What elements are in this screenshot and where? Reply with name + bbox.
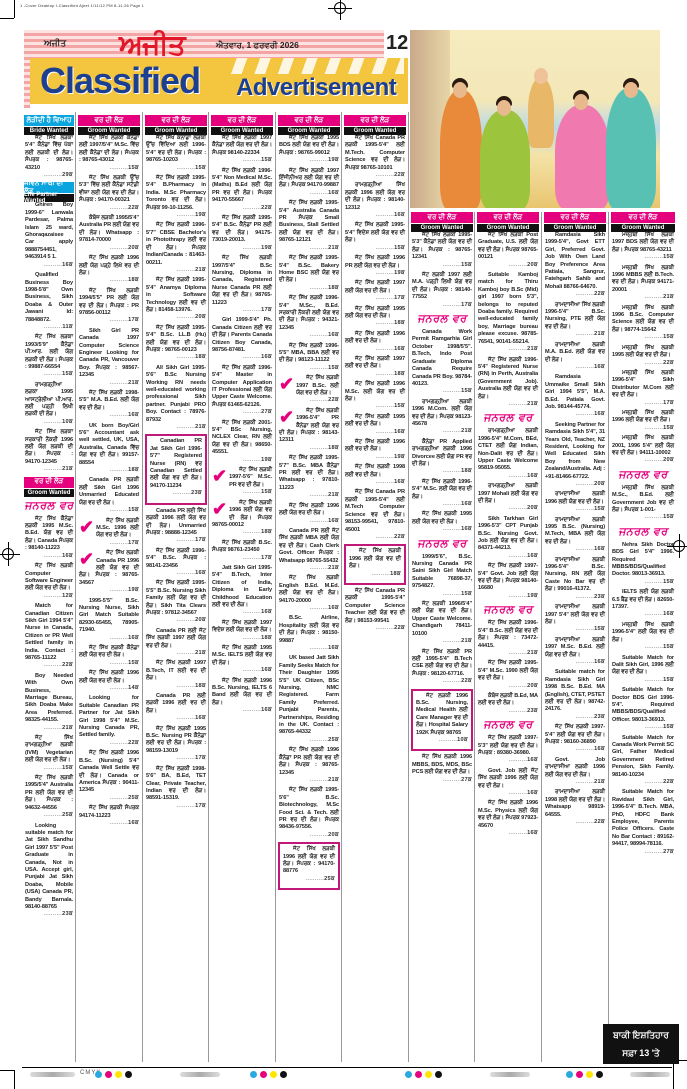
page-number: 12 bbox=[386, 32, 408, 55]
classified-ad: ਜੱਟ ਸਿੱਖ ਕੈਨੇਡਾ ਲੜਕੀ 1995 M.Sc. B.Ed. ਯੋ… bbox=[24, 516, 74, 560]
classified-ad: ਜੱਟ ਸਿੱਖ ਲੜਕੀ 1997 ਇੰਜੀਨੀਅਰ ਲਈ ਯੋਗ ਵਰ ਦੀ… bbox=[278, 168, 340, 198]
classified-ad: ਜੱਟ ਸਿੱਖ ਲੜਕੀ 1997 ਲਈ ਵਰ ਦੀ ਲੋੜ।........… bbox=[344, 356, 406, 378]
classified-ad: ਜੱਟ ਸਿੱਖ ਲੜਕੀ 1996 PR ਲਈ ਯੋਗ ਵਰ ਦੀ ਲੋੜ।.… bbox=[344, 255, 406, 277]
classified-ad: ਰਾਮਦਾਸੀਆ ਲੜਕੀ 1996 ਲਈ ਯੋਗ ਵਰ ਦੀ ਲੋੜ।....… bbox=[544, 491, 606, 513]
classified-ad: ਜੱਟ ਸਿੱਖ ਲੜਕੀ 1995 BDS ਲਈ ਯੋਗ ਵਰ ਦੀ ਲੋੜ।… bbox=[278, 135, 340, 165]
classified-ad: All Sikh Girl 1995-5'6" B.Sc Nursing Wor… bbox=[145, 365, 207, 432]
classified-ad: ਜੱਟ ਸਿੱਖ ਲੜਕੀ 1996-5'4" B.Sc. ਸੰਪਰਕ : 98… bbox=[145, 548, 207, 578]
classified-ad: ✔ਜੱਟ ਸਿੱਖ ਲੜਕੀ 1996 ਲਈ ਯੋਗ ਵਰ ਦੀ ਲੋੜ। ਸੰ… bbox=[211, 500, 273, 537]
section-subheader-groom-wanted: Groom Wanted bbox=[145, 127, 207, 135]
classified-ad: ਮਜ਼੍ਹਬੀ ਸਿੱਖ ਲੜਕੀ 1996-5'4" Sikh Distrib… bbox=[611, 370, 675, 407]
classified-ad: ਜੱਟ ਸਿੱਖ ਲੜਕੀ 1995-5'4" Anamya Diploma i… bbox=[145, 277, 207, 321]
classified-ad: ਜੱਟ ਸਿੱਖ ਲੜਕੀ 1995-5'3" ਕੈਨੇਡਾ ਲਈ ਯੋਗ ਵਰ… bbox=[411, 232, 473, 269]
classified-ad: ਜੱਟ ਸਿੱਖ Canada PR ਲੜਕੀ 1995-5'4" ਲਈ M.T… bbox=[344, 135, 406, 179]
classified-ad: ਜੱਟ ਸਿੱਖ ਲੜਕੀ 1996-5'4" M.Sc. ਲਈ ਯੋਗ ਵਰ … bbox=[411, 479, 473, 509]
section-subheader-groom-wanted: Groom Wanted bbox=[24, 489, 74, 497]
cyan-swatch bbox=[95, 1071, 102, 1078]
classified-ad: ਜੱਟ ਸਿੱਖ ਲੜਕੀ 1995 ਲਈ ਯੋਗ ਵਰ ਦੀ ਲੋੜ।....… bbox=[344, 306, 406, 328]
classified-ad-boxed: ਜੱਟ ਸਿੱਖ ਲੜਕੀ 1996 ਲਈ ਯੋਗ ਵਰ ਦੀ ਲੋੜ।....… bbox=[344, 544, 406, 585]
section-title-classified: Classified bbox=[40, 60, 200, 102]
title-band-stripes bbox=[224, 58, 404, 74]
section-header-groom-wanted: ਵਰ ਦੀ ਲੋੜ bbox=[78, 115, 140, 126]
classified-ad: ਰਾਮਗੜ੍ਹੀਆ ਲੜਕਾ 1995 ਆਸਟ੍ਰੇਲੀਆ ਪੀ.ਆਰ. ਲਈ … bbox=[24, 382, 74, 426]
classified-ad: Canada PR ਲਈ ਜੱਟ ਸਿੱਖ ਲੜਕੀ MBA ਲਈ ਯੋਗ ਵਰ… bbox=[278, 528, 340, 572]
checkmark-icon: ✔ bbox=[279, 376, 294, 392]
classified-ad: ਜੱਟ ਸਿੱਖ ਲੜਕਾ 1993/5'9" ਕੈਨੇਡਾ ਪੀ.ਆਰ. ਲਈ… bbox=[24, 334, 74, 378]
classified-ad: B.Sc. Airline, Hospitality ਲਈ ਯੋਗ ਵਰ ਦੀ … bbox=[278, 615, 340, 652]
classified-ad: ਜੱਟ ਸਿੱਖ ਲੜਕੀ 1997 B.Tech, IT ਲਈ ਵਰ ਦੀ ਲ… bbox=[145, 660, 207, 690]
classified-ad: Canada Work Permit Ramgarhia Girl Octobe… bbox=[411, 329, 473, 396]
classified-ad: Suitable Match for Doctor BDS Girl 1996-… bbox=[611, 687, 675, 731]
classified-ad: ਜੱਟ ਸਿੱਖ ਲੜਕੀ 1995-5'5" B.Sc. Nursing Si… bbox=[145, 580, 207, 624]
section-subheader-groom-wanted: Groom Wanted bbox=[278, 127, 340, 135]
paper-name-small: ਅਜੀਤ bbox=[44, 38, 66, 49]
classified-ad: ਮਜ਼੍ਹਬੀ ਸਿੱਖ ਲੜਕੀ M.Sc., B.Ed. ਲਈ Govern… bbox=[611, 485, 675, 522]
yellow-swatch bbox=[270, 1071, 277, 1078]
continued-notice: ਬਾਕੀ ਇਸ਼ਤਿਹਾਰ ਸਫ਼ਾ 13 'ਤੇ bbox=[603, 1024, 679, 1064]
crop-mark bbox=[673, 1060, 674, 1089]
registration-mark-icon bbox=[2, 548, 14, 560]
section-subheader-groom-wanted: Groom Wanted bbox=[544, 224, 606, 232]
masthead-side-stripes bbox=[24, 56, 30, 108]
classified-ad: ਰਾਮਗੜ੍ਹੀਆ ਲੜਕੀ 1997 Mohali ਲਈ ਯੋਗ ਵਰ ਦੀ … bbox=[477, 483, 539, 513]
classified-ad: ਜੱਟ ਸਿੱਖ ਲੜਕੀ 1995-5'4" Australia Canada… bbox=[278, 200, 340, 252]
section-subheader-groom-wanted: Groom Wanted bbox=[211, 127, 273, 135]
classified-ad: Suitable Match for Dalit Sikh Girl, 1996… bbox=[611, 655, 675, 685]
masthead-stripes bbox=[24, 30, 384, 60]
classified-ad: 1999/5'6", B.Sc. Nursing Canada PR Saini… bbox=[411, 554, 473, 598]
classified-ad: ਜੱਟ ਸਿੱਖ Canada PR ਲੜਕੀ 1995-5'4" Comput… bbox=[344, 588, 406, 632]
classified-ad: IELTS ਲਈ ਯੋਗ ਲੜਕੀ 6.5 ਬੈਂਡ ਵਰ ਦੀ ਲੋੜ। 82… bbox=[611, 589, 675, 619]
classified-ad: UK based Jatt Sikh Family Seeks Match fo… bbox=[278, 655, 340, 744]
classified-ad: Sikh Tarkhan Girl 1996-5'3" CPT Punjab B… bbox=[477, 516, 539, 560]
classified-ad: ਰਾਮਦਾਸੀਆ ਲੜਕੀ 1995 B.Sc. (Nursing) M.Tec… bbox=[544, 517, 606, 554]
checkmark-icon: ✔ bbox=[279, 409, 294, 425]
classified-ad: Seeking Partner for Ramdasia Sikh 5'4", … bbox=[544, 422, 606, 489]
classified-ad: ਜੱਟ ਸਿੱਖ ਲੜਕੀ 1998-5'6" BA, B.Ed, TET Cl… bbox=[145, 766, 207, 810]
black-swatch bbox=[596, 1071, 603, 1078]
classified-ad: ਜੱਟ ਸਿੱਖ ਲੜਕੀ 1995 ਲਈ ਵਰ ਦੀ ਲੋੜ।........… bbox=[344, 414, 406, 436]
classified-ad: Suitable Kamboj match for Thiru Kamboj b… bbox=[477, 272, 539, 353]
checkmark-icon: ✔ bbox=[79, 519, 94, 535]
black-swatch bbox=[125, 1071, 132, 1078]
classified-ad: ਕੈਨੇਡਾ PR Applied ਰਾਮਗੜ੍ਹੀਆ ਲੜਕੀ 1996 Di… bbox=[411, 439, 473, 476]
classified-ad: Govt. Job ਲਈ ਜੱਟ ਸਿੱਖ ਲੜਕੀ 1996 ਲਈ ਯੋਗ ਵ… bbox=[477, 768, 539, 798]
classified-ad: ✔ਜੱਟ ਸਿੱਖ ਲੜਕੀ 1997-5'6" M.Sc. PR ਵਰ ਦੀ … bbox=[211, 467, 273, 497]
classified-ad: Nehra Sikh Doctor BDS Girl 5'4" 1996. Re… bbox=[611, 542, 675, 586]
registration-mark-icon bbox=[334, 2, 346, 14]
ad-column-8: ਵਰ ਦੀ ਲੋੜ Groom Wanted ਜੱਟ ਸਿੱਖ ਲੜਕੀ Pos… bbox=[477, 212, 539, 1065]
classified-ad: ਜੱਟ ਸਿੱਖ ਲੜਕੀ 2001-5'4" BSc Nursing, NCL… bbox=[211, 420, 273, 464]
classified-ad: ਜੱਟ ਸਿੱਖ ਲੜਕੀ 1995-5'4" B.Pharmacy in In… bbox=[145, 175, 207, 219]
footer-rule bbox=[22, 1067, 672, 1068]
masthead: ਅਜੀਤ ਅਜੀਤ ਐਤਵਾਰ, 1 ਫਰਵਰੀ 2026 12 Classif… bbox=[24, 30, 408, 110]
classified-ad-boxed: ਜੱਟ ਸਿੱਖ ਲੜਕੀ 1996 ਲਈ ਯੋਗ ਵਰ ਦੀ ਲੋੜ। ਸੰਪ… bbox=[278, 842, 340, 890]
classified-ad: ਜੱਟ ਸਿੱਖ ਲੜਕੀ 1997-5'4" Govt. Job ਲਈ ਯੋਗ… bbox=[477, 563, 539, 600]
classified-ad: ਮਜ਼੍ਹਬੀ ਸਿੱਖ ਲੜਕੀ 2001, 1996 5'4" ਲਈ ਯੋਗ… bbox=[611, 435, 675, 465]
classified-ad: ਮਜ਼੍ਹਬੀ ਸਿੱਖ ਲੜਕੀ 1996 MBBS ਲਈ B.Tech. ਵ… bbox=[611, 265, 675, 302]
classified-ad: ਜੱਟ ਸਿੱਖ ਲੜਕੀ 1997 ਵਿਦੇਸ਼ ਲਈ ਯੋਗ ਵਰ ਦੀ ਲ… bbox=[211, 620, 273, 642]
section-header-groom-wanted: ਵਰ ਦੀ ਲੋੜ bbox=[477, 212, 539, 223]
section-header-groom-wanted: ਵਰ ਦੀ ਲੋੜ bbox=[411, 212, 473, 223]
classified-ad: ਜੱਟ ਸਿੱਖ ਲੜਕੀ 1996 ਲਈ ਵਰ ਦੀ ਲੋੜ।........… bbox=[344, 439, 406, 461]
classified-ad: Looking suitable match for Jat Sikh Sand… bbox=[24, 823, 74, 919]
classified-ad: ਜੱਟ ਸਿੱਖ ਲੜਕੀ 1995-5'4" B.Sc. Bakery Hom… bbox=[278, 255, 340, 292]
black-swatch bbox=[280, 1071, 287, 1078]
classified-ad-boxed: ਜੱਟ ਲੜਕੀ 1996 B.Sc. Nursing, Medical Hea… bbox=[411, 689, 473, 752]
classified-ad: ਜੱਟ ਸਿੱਖ ਲੜਕੀ 1997 ਕੈਨੇਡਾ ਲਈ ਯੋਗ ਵਰ ਦੀ ਲ… bbox=[211, 135, 273, 165]
classified-ad: ਜੱਟ ਸਿੱਖ ਲੜਕੀ B.Sc. ਸੰਪਰਕ 98761-23450...… bbox=[211, 540, 273, 562]
classified-ad: ਰਾਮਦਾਸੀਆ ਲੜਕੀ M.A. B.Ed. ਲਈ ਯੋਗ ਵਰ ਦੀ ਲੋ… bbox=[544, 342, 606, 372]
classified-ad: ✔ਜੱਟ ਸਿੱਖ ਲੜਕੀ M.Sc. 1996 ਲਈ ਯੋਗ ਵਰ ਦੀ ਲ… bbox=[78, 518, 140, 548]
classified-ad: Girl 1999-5'4" Ph. Canada Citizen ਲਈ ਵਰ … bbox=[211, 317, 273, 361]
classified-ad: ਮਜ਼੍ਹਬੀ ਸਿੱਖ ਲੜਕੀ 1996 ਲਈ ਯੋਗ ਵਰ ਦੀ ਲੋੜ।… bbox=[611, 410, 675, 432]
classified-ad: ਕੰਬੋਜ ਲੜਕੀ 1995/5'4" Australia PR ਲਈ ਯੋਗ… bbox=[78, 215, 140, 252]
ad-column-2: ਵਰ ਦੀ ਲੋੜ Groom Wanted ਜੱਟ ਸਿੱਖ ਲੜਕੀ ਕੈਨ… bbox=[78, 115, 140, 1065]
classified-ad: Ramdasia Sikh 1999-5'4", Govt ETT Girl, … bbox=[544, 232, 606, 299]
classified-ad: ਰਾਮਗੜ੍ਹੀਆ ਸਿੱਖ ਲੜਕੀ 1996 ਲਈ ਯੋਗ ਵਰ ਦੀ ਲੋ… bbox=[344, 182, 406, 219]
classified-ad: Qualified Business Boy 1998-5'8" Own Bus… bbox=[24, 272, 74, 331]
section-subheader-groom-wanted: Groom Wanted bbox=[611, 224, 675, 232]
print-slug: 1 -Cover Deaktop I-Classified Ajeet 1/11… bbox=[20, 3, 144, 8]
classified-ad: Canada PR ਲਈ ਲੜਕੀ 1996 ਲਈ ਵਰ ਦੀ ਲੋੜ।....… bbox=[145, 693, 207, 723]
classified-ad: Suitable Match for Canada Work Permit SC… bbox=[611, 735, 675, 787]
ad-column-5: ਵਰ ਦੀ ਲੋੜ Groom Wanted ਜੱਟ ਸਿੱਖ ਲੜਕੀ 199… bbox=[278, 115, 340, 1065]
category-banner: ਜਨਰਲ ਵਰ bbox=[611, 525, 675, 539]
classified-ad: Boy Needed With Own Business, Marriage B… bbox=[24, 673, 74, 732]
classified-ad: Suitable Match for Ravidasi Sikh Girl, 1… bbox=[611, 789, 675, 856]
classified-ad: ਜੱਟ ਸਿੱਖ ਲੜਕੀ 1996 M.Sc. Physics ਲਈ ਯੋਗ … bbox=[477, 800, 539, 837]
classified-ad: ਜੱਟ ਸਿੱਖ ਲੜਕੀ 1996-5'4" Non Medical M.Sc… bbox=[211, 168, 273, 212]
classified-ad: ਜੱਟ ਸਿੱਖ ਲੜਕੀ 1996 ਲਈ ਵਰ ਦੀ ਲੋੜ।........… bbox=[344, 331, 406, 353]
classified-ad: Govt. Job ਰਾਮਦਾਸੀਆ ਲੜਕੀ 1996 ਲਈ ਯੋਗ ਵਰ ਦ… bbox=[544, 757, 606, 787]
section-title-advertisement: Advertisement bbox=[236, 74, 396, 102]
cyan-swatch bbox=[250, 1071, 257, 1078]
category-banner: ਜਨਰਲ ਵਰ bbox=[411, 312, 473, 326]
classified-ad: ਜੱਟ ਸਿੱਖ ਲੜਕੀ 1998 ਲਈ ਵਰ ਦੀ ਲੋੜ।........… bbox=[344, 464, 406, 486]
crop-mark bbox=[14, 0, 15, 18]
classified-ad: ਜੱਟ ਸਿੱਖ ਲੜਕੀ ਸੰਪਰਕ 94174-11223.........… bbox=[78, 805, 140, 827]
classified-ad: Looking for Suitable Canadian PR Partner… bbox=[78, 695, 140, 747]
classified-ad: Canada PR ਲੜਕੀ ਲਈ Sikh Girl 1996 Unmarri… bbox=[78, 477, 140, 514]
section-header-bride-wanted: ਲੋੜੀਂਦੀ ਹੈ ਵਿਆਹ bbox=[24, 115, 74, 126]
classified-ad: ਜੱਟ ਸਿੱਖ ਲੜਕੀ 1997-5'4" ਲਈ ਯੋਗ ਵਰ ਦੀ ਲੋੜ… bbox=[544, 724, 606, 754]
classified-ad: ਜੱਟ ਸਿੱਖ ਲੜਕੀ 1995-5'6" B.Sc. Biotechnol… bbox=[278, 787, 340, 839]
classified-ad: ਜੱਟ ਸਿੱਖ ਲੜਕੀ Computer Software Engineer… bbox=[24, 563, 74, 600]
classified-ad: ਜੱਟ ਸਿੱਖ ਲੜਕੀ 1995-5'4" B.Sc. ਕੈਨੇਡਾ PR … bbox=[211, 215, 273, 252]
section-header-groom-wanted: ਵਰ ਦੀ ਲੋੜ bbox=[611, 212, 675, 223]
classified-ad: ਜੱਟ ਸਿੱਖ ਲੜਕੀ 1996-5'7" CBSE Bachelor's … bbox=[145, 222, 207, 274]
magenta-swatch bbox=[105, 1071, 112, 1078]
classified-ad: Match for Canadian Citizen Sikh Girl 199… bbox=[24, 603, 74, 670]
grey-bar bbox=[30, 1072, 75, 1077]
classified-ad: ਜੱਟ ਸਿੱਖ ਲੜਕੀ ਕੈਨੇਡਾ ਲਈ 1997/5'4" M.Sc. … bbox=[78, 135, 140, 172]
classified-ad: ਜੱਟ ਲੜਕੀ 1996/5'4" ਲਈ ਯੋਗ ਵਰ ਦੀ ਲੋੜ। Upp… bbox=[411, 601, 473, 645]
classified-ad: ਜੱਟ ਸਿੱਖ ਲੜਕੀ 1997-5'3" ਲਈ ਯੋਗ ਵਰ ਦੀ ਲੋੜ… bbox=[477, 735, 539, 765]
classified-ad: ਜੱਟ ਸਿੱਖ ਲੜਕੀ 1996-5'4" Registered Nurse… bbox=[477, 357, 539, 409]
category-banner: ਜਨਰਲ ਵਰ bbox=[477, 718, 539, 732]
classified-ad: ਜੱਟ ਲੜਕੀ 1997 ਲਈ M.A. ਪੜ੍ਹੀ ਲਿਖੀ ਯੋਗ ਵਰ … bbox=[411, 272, 473, 309]
classified-ad: ਜੱਟ ਸਿੱਖ ਲੜਕੀ 1995-5'4" B.Sc. LL.B (Hu) … bbox=[145, 325, 207, 362]
classified-ad: ✔ਜੱਟ ਸਿੱਖ ਲੜਕੀ 1996-5'4" PR ਕੈਨੇਡਾ ਲਈ ਯੋ… bbox=[278, 408, 340, 452]
classified-ad: ਜੱਟ ਸਿੱਖ ਲੜਕੀ 1995-5'7" B.Sc. MBA ਕੈਨੇਡਾ… bbox=[278, 455, 340, 499]
classified-ad: ਜੱਟ ਸਿੱਖ ਲੜਕੀ 1996 M.Sc. ਲਈ ਯੋਗ ਵਰ ਦੀ ਲੋ… bbox=[344, 381, 406, 411]
category-banner: ਜਨਰਲ ਵਰ bbox=[411, 537, 473, 551]
category-banner: ਜਨਰਲ ਵਰ bbox=[477, 411, 539, 425]
classified-ad: Jatt Sikh Girl 1995-5'4" B.Tech, Inter C… bbox=[211, 565, 273, 617]
classified-ad: ਜੱਟ ਸਿੱਖ ਲੜਕੀ 1996-5'4" M.Sc., B.Ed. ਸਰਕ… bbox=[278, 295, 340, 339]
classified-ad: ਜੱਟ ਸਿੱਖ ਰਾਮਗੜ੍ਹੀਆ ਲੜਕੀ (IVM) Vegetarian… bbox=[24, 735, 74, 772]
magenta-swatch bbox=[415, 1071, 422, 1078]
classified-ad: ਜੱਟ ਸਿੱਖ ਲੜਕੀ 1997 ਲਈ ਯੋਗ ਵਰ ਦੀ ਲੋੜ।....… bbox=[344, 280, 406, 302]
ad-column-4: ਵਰ ਦੀ ਲੋੜ Groom Wanted ਜੱਟ ਸਿੱਖ ਲੜਕੀ 199… bbox=[211, 115, 273, 1065]
checkmark-icon: ✔ bbox=[212, 468, 227, 484]
classified-ad: ਜੱਟ ਸਿੱਖ ਲੜਕਾ 5'4" ਕੈਨੇਡਾ ਵਿੱਚ ਪੱਕਾ ਲਈ ਲ… bbox=[24, 135, 74, 179]
crop-mark bbox=[0, 1070, 14, 1071]
classified-ad: ਜੱਟ ਸਿੱਖ ਲੜਕੀ 1996 ਲਈ ਯੋਗ ਵਰ ਦੀ ਲੋੜ।....… bbox=[78, 670, 140, 692]
classified-ad: Canada PR ਲਈ ਸਿੱਖ ਲੜਕੀ 1996 ਲਈ ਯੋਗ ਵਰ ਦੀ… bbox=[145, 508, 207, 545]
classified-ad: ✔ਜੱਟ ਸਿੱਖ ਲੜਕੀ 1997 B.Sc. ਲਈ ਯੋਗ ਵਰ ਦੀ ਲ… bbox=[278, 375, 340, 405]
crop-mark bbox=[14, 1070, 15, 1089]
classified-ad: ਜੱਟ ਸਿੱਖ Canada PR ਲੜਕੀ 1995-5'4" ਲਈ M.T… bbox=[344, 489, 406, 541]
section-subheader-groom-wanted: Groom Wanted bbox=[477, 224, 539, 232]
classified-ad: ਜੱਟ ਸਿੱਖ ਲੜਕੀ 1996 ਲਈ ਯੋਗ ਪੜ੍ਹੇ ਲਿਖੇ ਵਰ … bbox=[78, 255, 140, 285]
black-swatch bbox=[435, 1071, 442, 1078]
classified-ad: ਜੱਟ ਸਿੱਖ ਲੜਕੀ 1997/5'4" B.Sc Nursing, Di… bbox=[211, 255, 273, 314]
section-subheader-groom-wanted: Groom Wanted bbox=[411, 224, 473, 232]
grey-bar bbox=[630, 1072, 670, 1077]
classified-ad: ਜੱਟ ਸਿੱਖ ਲੜਕੀ 1995/5'4" Australia PR ਲਈ … bbox=[24, 775, 74, 819]
classified-ad: ਕੰਬੋਜ ਲੜਕੀ B.Ed, MA ਲਈ ਵਰ ਦੀ ਲੋੜ।.......… bbox=[477, 693, 539, 715]
classified-ad: ਜੱਟ ਸਿੱਖ ਲੜਕੀ ਉੱਚ 5'3" ਵਿੱਚ ਲਈ ਕੈਨੇਡਾ ਸਟ… bbox=[78, 175, 140, 212]
category-banner: ਜਨਰਲ ਵਰ bbox=[611, 468, 675, 482]
classified-ad: ✔ਜੱਟ ਸਿੱਖ ਲੜਕੀ Canada PR 1996 ਲਈ ਯੋਗ ਵਰ … bbox=[78, 550, 140, 594]
ad-column-7: ਵਰ ਦੀ ਲੋੜ Groom Wanted ਜੱਟ ਸਿੱਖ ਲੜਕੀ 199… bbox=[411, 212, 473, 1065]
classified-ad: ਜੱਟ ਸਿੱਖ ਲੜਕੀ 1995-5'4" M.Sc. 1990 ਲਈ ਯੋ… bbox=[477, 660, 539, 690]
notice-line-2: ਸਫ਼ਾ 13 'ਤੇ bbox=[603, 1044, 679, 1062]
section-subheader-groom-wanted: Groom Wanted bbox=[78, 127, 140, 135]
section-header-groom-wanted: ਵਰ ਦੀ ਲੋੜ bbox=[544, 212, 606, 223]
classified-ad: ਰਾਮਦਾਸੀਆ ਲੜਕੀ 1997 M.Sc. B.Ed. ਲਈ ਯੋਗ ਵਰ… bbox=[544, 637, 606, 667]
section-header-groom-wanted: ਵਰ ਦੀ ਲੋੜ bbox=[344, 115, 406, 126]
classified-ad: ਮਜ਼੍ਹਬੀ ਸਿੱਖ ਲੜਕੀ 1997 BDS ਲਈ ਯੋਗ ਵਰ ਦੀ … bbox=[611, 232, 675, 262]
classified-ad: ਜੱਟ ਸਿੱਖ ਲੜਕੀ 1996-5'5" MBA, BBA ਲਈ ਵਰ ਦ… bbox=[278, 343, 340, 373]
section-subheader-bride-wanted: Bride Wanted bbox=[24, 127, 74, 135]
yellow-swatch bbox=[115, 1071, 122, 1078]
classified-ad: ਜੱਟ ਸਿੱਖ ਲੜਕਾ ਸਰਕਾਰੀ ਨੌਕਰੀ 1996 ਲਈ ਯੋਗ ਲ… bbox=[24, 429, 74, 473]
classified-ad: ਜੱਟ ਸਿੱਖ ਲੜਕੀ PR ਲਈ 1995-5'4" B.Tech CSE… bbox=[411, 649, 473, 686]
ad-column-9: ਵਰ ਦੀ ਲੋੜ Groom Wanted Ramdasia Sikh 199… bbox=[544, 212, 606, 1065]
cyan-swatch bbox=[566, 1071, 573, 1078]
grey-bar bbox=[180, 1072, 220, 1077]
section-header-groom-wanted: ਵਰ ਦੀ ਲੋੜ bbox=[24, 477, 74, 488]
classified-ad: ਮਜ਼੍ਹਬੀ ਸਿੱਖ ਲੜਕੀ 1996-5'4" ਲਈ ਯੋਗ ਵਰ ਦੀ… bbox=[611, 622, 675, 652]
classified-ad: ਜੱਟ ਸਿੱਖ ਲੜਕੀ 1995-5'4" ਵਿਦੇਸ਼ ਲਈ ਯੋਗ ਵਰ… bbox=[344, 222, 406, 252]
classified-ad: ਜੱਟ ਸਿੱਖ ਕਨਾਡਾ ਲੜਕੀ ਉੱਚ ਵਿੱਦਿਆ ਲਈ 1996-5… bbox=[145, 135, 207, 172]
section-subheader-life-partner: Life Partner Wanted bbox=[24, 194, 74, 202]
classified-ad: ਜੱਟ ਸਿੱਖ ਲੜਕੀ 1996-5'4" B.Sc. ਲਈ ਯੋਗ ਵਰ … bbox=[477, 620, 539, 657]
category-banner: ਜਨਰਲ ਵਰ bbox=[24, 499, 74, 513]
classified-ad: ਜੱਟ ਸਿੱਖ ਲੜਕੀ 1996-5'4" Master in Comput… bbox=[211, 365, 273, 417]
ad-column-3: ਵਰ ਦੀ ਲੋੜ Groom Wanted ਜੱਟ ਸਿੱਖ ਕਨਾਡਾ ਲੜ… bbox=[145, 115, 207, 1065]
magenta-swatch bbox=[260, 1071, 267, 1078]
classified-ad: 1995-5'5" B.Sc. Nursing Nurse, Sikh Girl… bbox=[78, 598, 140, 642]
classified-ad: Canada PR ਲਈ ਜੱਟ ਸਿੱਖ ਲੜਕੀ 1997 ਲਈ ਯੋਗ ਵ… bbox=[145, 628, 207, 658]
classified-ad: ਜੱਟ ਸਿੱਖ ਲੜਕੀ 1994/5'5" PR ਲਈ ਯੋਗ ਵਰ ਦੀ … bbox=[78, 288, 140, 325]
crop-mark bbox=[0, 18, 14, 19]
classified-ad: ਰਾਮਗੜ੍ਹੀਆ ਲੜਕੀ 1996-5'4" M.Com, BEd, CTE… bbox=[477, 428, 539, 480]
classified-ad: Suitable match for Ramdasia Sikh Girl 19… bbox=[544, 669, 606, 721]
section-header-groom-wanted: ਵਰ ਦੀ ਲੋੜ bbox=[145, 115, 207, 126]
paper-logo: ਅਜੀਤ bbox=[119, 28, 185, 62]
ad-column-10: ਵਰ ਦੀ ਲੋੜ Groom Wanted ਮਜ਼੍ਹਬੀ ਸਿੱਖ ਲੜਕੀ… bbox=[611, 212, 675, 1022]
cyan-swatch bbox=[405, 1071, 412, 1078]
classified-ad: Sikh Girl PR Canada 1997 Computer Scienc… bbox=[78, 328, 140, 387]
classified-ad-boxed: Canadian PR Jat Sikh Girl 1996-5'7" Regi… bbox=[145, 434, 207, 504]
section-header-groom-wanted: ਵਰ ਦੀ ਲੋੜ bbox=[211, 115, 273, 126]
section-subheader-groom-wanted: Groom Wanted bbox=[344, 127, 406, 135]
classified-ad: ਜੱਟ ਸਿੱਖ ਲੜਕੀ 1996 MBBS, BDS, MDS, BSc P… bbox=[411, 754, 473, 784]
issue-date: ਐਤਵਾਰ, 1 ਫਰਵਰੀ 2026 bbox=[216, 40, 299, 51]
classified-ad: ਜੱਟ ਸਿੱਖ ਲੜਕੀ ਕੈਨੇਡਾ ਲਈ ਯੋਗ ਵਰ ਦੀ ਲੋੜ।..… bbox=[78, 645, 140, 667]
classified-ad: ਜੱਟ ਸਿੱਖ ਲੜਕੀ 1995 ਲਈ ਯੋਗ ਵਰ ਦੀ ਲੋੜ।....… bbox=[411, 511, 473, 533]
classified-ad: Ghiren Boy 1999-6" Lanwala Pardesar, Pal… bbox=[24, 202, 74, 269]
ad-column-6: ਵਰ ਦੀ ਲੋੜ Groom Wanted ਜੱਟ ਸਿੱਖ Canada P… bbox=[344, 115, 406, 1065]
checkmark-icon: ✔ bbox=[79, 551, 94, 567]
classified-ad: ਜੱਟ ਸਿੱਖ ਲੜਕੀ 1996 ਲਈ ਯੋਗ ਵਰ ਦੀ ਲੋੜ।....… bbox=[278, 503, 340, 525]
illustration-punjabi-women bbox=[410, 30, 660, 208]
notice-line-1: ਬਾਕੀ ਇਸ਼ਤਿਹਾਰ bbox=[603, 1026, 679, 1044]
classified-ad: ਜੱਟ ਸਿੱਖ ਲੜਕੀ 1998-5'5" M.A. B.Ed. ਲਈ ਯੋ… bbox=[78, 390, 140, 420]
classified-ad: ਜੱਟ ਸਿੱਖ ਲੜਕੀ 1995 B.Sc. Nursing PR ਕੈਨੇ… bbox=[145, 726, 207, 763]
ad-column-1: ਲੋੜੀਂਦੀ ਹੈ ਵਿਆਹ Bride Wanted ਜੱਟ ਸਿੱਖ ਲੜ… bbox=[24, 115, 74, 1065]
section-header-groom-wanted: ਵਰ ਦੀ ਲੋੜ bbox=[278, 115, 340, 126]
classified-ad: UK born Boy/Girl 5'6" Accountant ask wel… bbox=[78, 423, 140, 475]
classified-ad: ਜੱਟ ਸਿੱਖ ਲੜਕੀ 1996 B.Sc. Nursing, IELTS … bbox=[211, 678, 273, 715]
classified-ad: ਰਾਮਦਾਸੀਆ ਲੜਕੀ 1996-5'4" B.Sc. Nursing, R… bbox=[544, 557, 606, 601]
classified-ad: ਰਾਮਦਾਸੀਆ ਲੜਕੀ 1997 5'4" ਲਈ ਯੋਗ ਵਰ ਦੀ ਲੋੜ… bbox=[544, 604, 606, 634]
classified-ad: ਜੱਟ ਸਿੱਖ ਲੜਕੀ Post Graduate, U.S. ਲਈ ਯੋਗ… bbox=[477, 232, 539, 269]
classified-ad: ਜੱਟ ਸਿੱਖ ਲੜਕੀ 1996 B.Sc. (Nursing) 5'4" … bbox=[78, 750, 140, 802]
yellow-swatch bbox=[586, 1071, 593, 1078]
classified-ad: ਮਜ਼੍ਹਬੀ ਸਿੱਖ ਲੜਕੀ 1995 ਲਈ ਯੋਗ ਵਰ ਦੀ ਲੋੜ।… bbox=[611, 345, 675, 367]
classified-ad: ਜੱਟ ਸਿੱਖ ਲੜਕੀ English B.Ed. M.Ed. ਲਈ ਯੋਗ… bbox=[278, 575, 340, 612]
classified-ad: ਰਾਮਦਾਸੀਆ ਲੜਕੀ 1998 ਲਈ ਯੋਗ ਵਰ ਦੀ ਲੋੜ। Wha… bbox=[544, 789, 606, 826]
checkmark-icon: ✔ bbox=[212, 501, 227, 517]
classified-ad: ਜੱਟ ਸਿੱਖ ਲੜਕੀ 1995 M.Sc. IELTS ਲਈ ਯੋਗ ਵਰ… bbox=[211, 645, 273, 675]
category-banner: ਜਨਰਲ ਵਰ bbox=[477, 603, 539, 617]
classified-ad: ਰਾਮਦਾਸੀਆ ਸਿੱਖ ਲੜਕੀ 1996-5'4" B.Sc. Nursi… bbox=[544, 302, 606, 339]
classified-ad: ਮਜ਼੍ਹਬੀ ਸਿੱਖ ਲੜਕੀ 1996 B.Sc. Computer Sc… bbox=[611, 305, 675, 342]
grey-bar bbox=[490, 1072, 530, 1077]
yellow-swatch bbox=[425, 1071, 432, 1078]
classified-ad: Ramdasia Ummaike Small Sikh Girl 1994 5'… bbox=[544, 374, 606, 418]
classified-ad: ਰਾਮਗੜ੍ਹੀਆ ਲੜਕੀ 1996 M.Com. ਲਈ ਯੋਗ ਵਰ ਦੀ … bbox=[411, 399, 473, 436]
magenta-swatch bbox=[576, 1071, 583, 1078]
classified-ad: ਜੱਟ ਸਿੱਖ ਲੜਕੀ 1996 ਕੈਨੇਡਾ PR ਲਈ ਯੋਗ ਵਰ ਦ… bbox=[278, 747, 340, 784]
